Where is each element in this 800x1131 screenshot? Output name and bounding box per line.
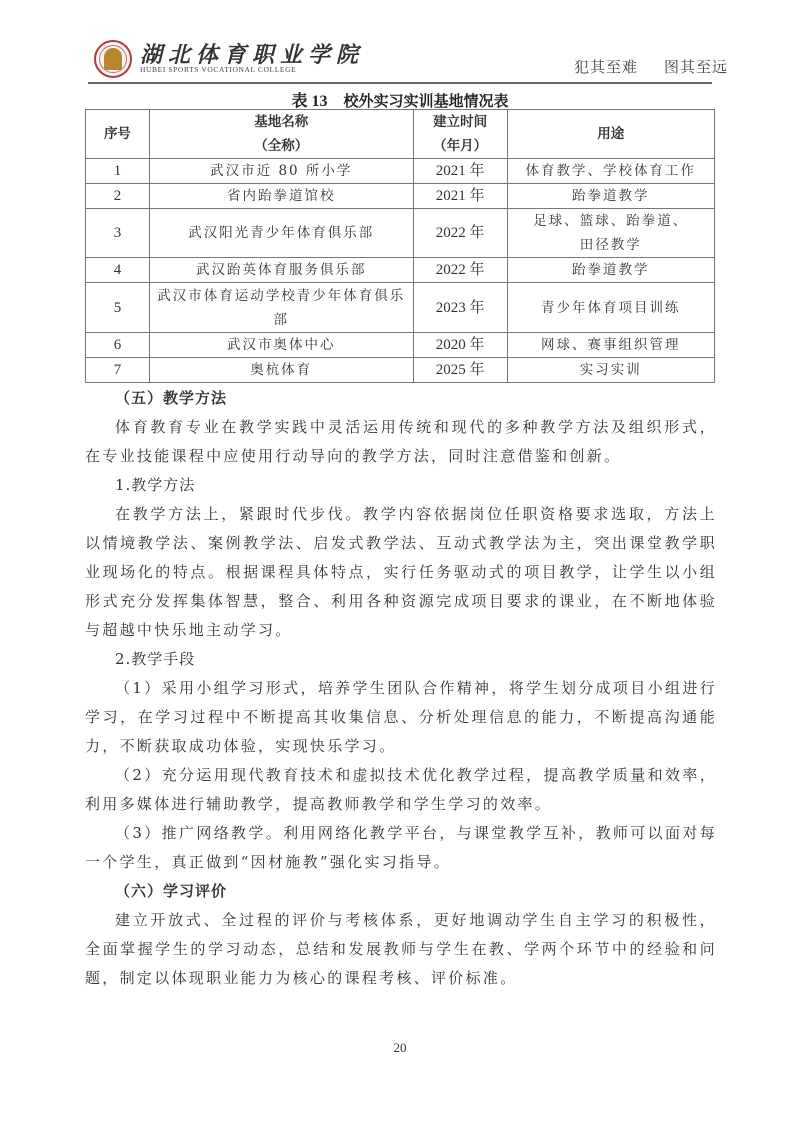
table-caption: 表 13校外实习实训基地情况表: [85, 88, 715, 111]
header-established: 建立时间 （年月）: [413, 110, 507, 159]
table-header-row: 序号 基地名称 （全称） 建立时间 （年月） 用途: [86, 110, 715, 159]
cell-year: 2025 年: [413, 358, 507, 383]
section-heading-learning-evaluation: （六）学习评价: [85, 877, 717, 906]
cell-year: 2023 年: [413, 283, 507, 333]
cell-base-name: 武汉阳光青少年体育俱乐部: [149, 209, 413, 258]
cell-year: 2022 年: [413, 258, 507, 283]
table-row: 1 武汉市近 80 所小学 2021 年 体育教学、学校体育工作: [86, 159, 715, 184]
paragraph-teaching-means-1: （1）采用小组学习形式，培养学生团队合作精神，将学生划分成项目小组进行学习，在学…: [85, 674, 717, 761]
motto-part-1: 犯其至难: [574, 58, 638, 76]
cell-use: 青少年体育项目训练: [507, 283, 714, 333]
table-row: 2 省内跆拳道馆校 2021 年 跆拳道教学: [86, 184, 715, 209]
cell-base-name: 武汉跆英体育服务俱乐部: [149, 258, 413, 283]
cell-year: 2021 年: [413, 184, 507, 209]
cell-index: 2: [86, 184, 150, 209]
cell-index: 7: [86, 358, 150, 383]
cell-index: 1: [86, 159, 150, 184]
cell-base-name: 武汉市奥体中心: [149, 333, 413, 358]
cell-index: 3: [86, 209, 150, 258]
cell-year: 2021 年: [413, 159, 507, 184]
cell-base-name-line1: 武汉市体育运动学校青少年体育俱乐: [154, 284, 409, 308]
college-name-en: HUBEI SPORTS VOCATIONAL COLLEGE: [140, 65, 296, 74]
cell-use: 体育教学、学校体育工作: [507, 159, 714, 184]
cell-use-line1: 足球、篮球、跆拳道、: [512, 209, 710, 233]
section-heading-teaching-methods: （五）教学方法: [85, 384, 717, 413]
table-row: 4 武汉跆英体育服务俱乐部 2022 年 跆拳道教学: [86, 258, 715, 283]
header-base-name: 基地名称 （全称）: [149, 110, 413, 159]
table-row: 6 武汉市奥体中心 2020 年 网球、赛事组织管理: [86, 333, 715, 358]
paragraph-teaching-means-3: （3）推广网络教学。利用网络化教学平台，与课堂教学互补，教师可以面对每一个学生，…: [85, 819, 717, 877]
motto-part-2: 图其至远: [664, 58, 728, 76]
page-header: 湖北体育职业学院 HUBEI SPORTS VOCATIONAL COLLEGE…: [88, 36, 728, 82]
cell-use: 跆拳道教学: [507, 184, 714, 209]
subheading-teaching-means: 2.教学手段: [85, 645, 717, 674]
cell-base-name: 省内跆拳道馆校: [149, 184, 413, 209]
table-row: 5 武汉市体育运动学校青少年体育俱乐 部 2023 年 青少年体育项目训练: [86, 283, 715, 333]
college-motto: 犯其至难图其至远: [574, 56, 728, 77]
header-base-name-line2: （全称）: [154, 134, 409, 158]
header-established-line2: （年月）: [418, 134, 503, 158]
cell-year: 2022 年: [413, 209, 507, 258]
cell-index: 5: [86, 283, 150, 333]
cell-use: 跆拳道教学: [507, 258, 714, 283]
paragraph-section5-intro: 体育教育专业在教学实践中灵活运用传统和现代的多种教学方法及组织形式，在专业技能课…: [85, 413, 717, 471]
table-number: 表 13: [291, 93, 327, 110]
training-bases-table: 序号 基地名称 （全称） 建立时间 （年月） 用途 1 武汉市近 80 所小学 …: [85, 109, 715, 383]
cell-use: 网球、赛事组织管理: [507, 333, 714, 358]
cell-year: 2020 年: [413, 333, 507, 358]
cell-base-name: 武汉市体育运动学校青少年体育俱乐 部: [149, 283, 413, 333]
table-title: 校外实习实训基地情况表: [344, 92, 509, 110]
paragraph-teaching-methods: 在教学方法上，紧跟时代步伐。教学内容依据岗位任职资格要求选取，方法上以情境教学法…: [85, 500, 717, 645]
table-row: 3 武汉阳光青少年体育俱乐部 2022 年 足球、篮球、跆拳道、 田径教学: [86, 209, 715, 258]
cell-index: 6: [86, 333, 150, 358]
header-use: 用途: [507, 110, 714, 159]
cell-use: 足球、篮球、跆拳道、 田径教学: [507, 209, 714, 258]
cell-base-name-line2: 部: [154, 308, 409, 332]
cell-use: 实习实训: [507, 358, 714, 383]
header-base-name-line1: 基地名称: [154, 110, 409, 134]
header-index: 序号: [86, 110, 150, 159]
header-divider: [88, 82, 712, 84]
subheading-teaching-methods: 1.教学方法: [85, 471, 717, 500]
table-row: 7 奥杭体育 2025 年 实习实训: [86, 358, 715, 383]
page-number: 20: [0, 1040, 800, 1056]
cell-index: 4: [86, 258, 150, 283]
college-emblem-icon: [94, 40, 132, 78]
paragraph-teaching-means-2: （2）充分运用现代教育技术和虚拟技术优化教学过程，提高教学质量和效率，利用多媒体…: [85, 761, 717, 819]
cell-base-name: 奥杭体育: [149, 358, 413, 383]
cell-base-name: 武汉市近 80 所小学: [149, 159, 413, 184]
cell-use-line2: 田径教学: [512, 233, 710, 257]
header-established-line1: 建立时间: [418, 110, 503, 134]
paragraph-learning-evaluation: 建立开放式、全过程的评价与考核体系，更好地调动学生自主学习的积极性，全面掌握学生…: [85, 906, 717, 993]
body-content: （五）教学方法 体育教育专业在教学实践中灵活运用传统和现代的多种教学方法及组织形…: [85, 384, 717, 993]
